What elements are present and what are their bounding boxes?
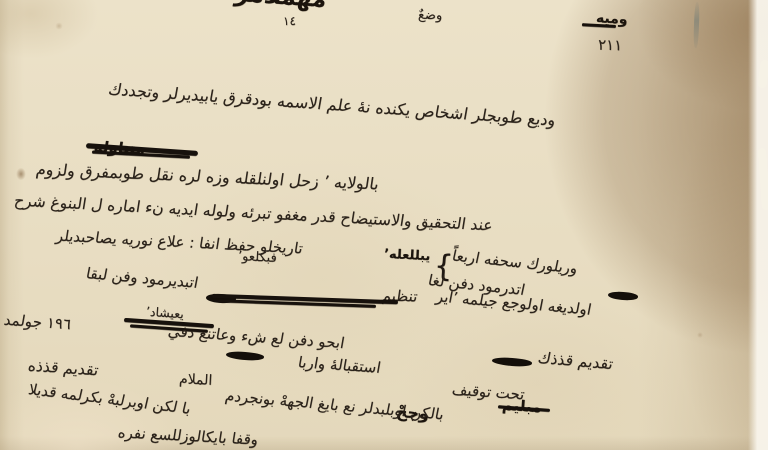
header-center-word: وضعٌ (418, 8, 443, 24)
ink-blot (226, 350, 265, 361)
handwriting-line: تقديم قذذك (536, 349, 614, 373)
handwriting-line: وقفا بايكالوزللسع نفره (117, 423, 260, 448)
handwriting-scribble: يبللعله٬ (384, 247, 431, 264)
handwriting-line: بالولايه ٬ زحل اولنلقله وزه لره نقل طوبم… (35, 160, 380, 194)
handwriting-line: اتبديرمود وفن لبقا (84, 264, 199, 292)
manuscript-photo: مهملامر ١٤ وضعٌ وميه ٢١١ وديع طوبجلر اشخ… (0, 0, 768, 450)
handwriting-line: استقبالهٔ واربا (297, 353, 383, 377)
handwriting-line: وديع طوبجلر اشخاص يكنده نهٔ علم الاسمه ب… (107, 79, 557, 129)
blue-ink-streak (693, 2, 700, 48)
header-paraph: مهملامر (233, 0, 329, 13)
handwriting-word-struck: يعيشاد٬ (146, 304, 185, 322)
page-edge-highlight (757, 60, 768, 89)
handwriting-word: فبكلعو٬ (238, 249, 277, 266)
ink-blot (608, 291, 639, 302)
handwriting-line: تقديم قذذه (27, 357, 100, 380)
handwriting-line: بالكن اوبلبدلر نع بايغ الجههْ بونجردم (224, 387, 446, 424)
handwriting-line: ١٩٦ جولمد (3, 311, 73, 334)
header-date-numeral: ١٤ (283, 14, 296, 28)
page-number: ٢١١ (598, 36, 623, 55)
handwriting-line: ابحو دفن لع شء وعاتنع دفي (167, 322, 346, 352)
ink-blot (492, 356, 533, 367)
page-edge-highlight (758, 148, 768, 210)
handwriting-line: با لكن اوبرلبهْ بكرلمه قديلا (27, 380, 193, 418)
handwriting-line: وريلورك سحفه اربعاً (450, 247, 579, 278)
header-word-swash (582, 23, 616, 27)
handwriting-word: الملام (179, 371, 213, 389)
